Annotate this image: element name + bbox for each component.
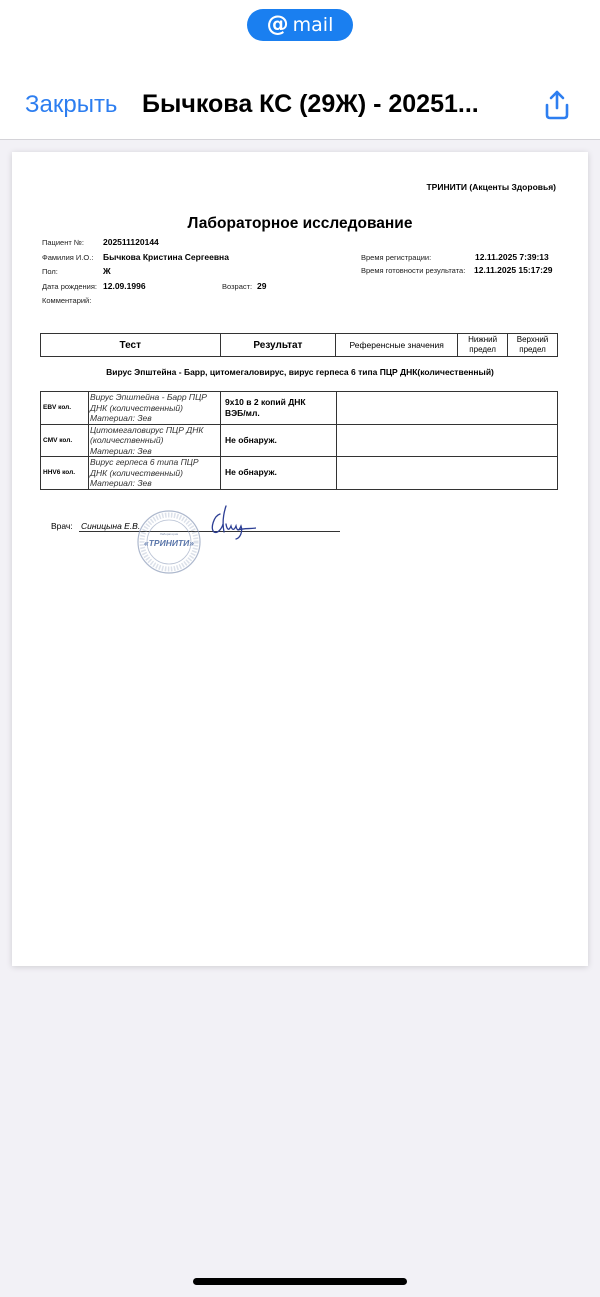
test-code: CMV кол. [41,424,89,457]
results-header-table: Тест Результат Референсные значения Нижн… [40,333,558,357]
table-row: EBV кол. Вирус Эпштейна - Барр ПЦР ДНК (… [41,392,558,425]
header-reference: Референсные значения [336,334,458,357]
registration-time-value: 12.11.2025 7:39:13 [475,252,549,262]
patient-name-label: Фамилия И.О.: [42,253,93,262]
test-result: Не обнаруж. [221,457,337,490]
test-name-line2: ДНК (количественный) [90,403,220,414]
test-name-line2: (количественный) [90,435,220,446]
patient-id-label: Пациент №: [42,238,84,247]
doctor-name: Синицына Е.В. [81,521,140,531]
patient-sex-label: Пол: [42,267,58,276]
test-name: Цитомегаловирус ПЦР ДНК (количественный)… [89,424,221,457]
pdf-page[interactable]: ТРИНИТИ (Акценты Здоровья) Лабораторное … [12,152,588,966]
test-material: Материал: Зев [90,478,220,489]
header-lower-limit: Нижний предел [458,334,508,357]
patient-name-value: Бычкова Кристина Сергеевна [103,252,229,262]
test-name-line2: ДНК (количественный) [90,468,220,479]
comment-label: Комментарий: [42,296,91,305]
test-code: EBV кол. [41,392,89,425]
home-indicator[interactable] [193,1278,407,1285]
test-reference [337,392,558,425]
registration-time-label: Время регистрации: [361,253,431,262]
report-title: Лабораторное исследование [12,215,588,233]
clinic-stamp-icon: Лаборатория «ТРИНИТИ» [136,509,202,575]
patient-id-value: 202511120144 [103,237,159,247]
document-title: Бычкова КС (29Ж) - 20251... [142,90,512,119]
dob-value: 12.09.1996 [103,281,146,291]
header-upper-line2: предел [508,345,557,355]
ready-time-value: 12.11.2025 15:17:29 [474,265,552,275]
header-result: Результат [220,334,336,357]
test-group-title: Вирус Эпштейна - Барр, цитомегаловирус, … [12,367,588,377]
header-test: Тест [41,334,221,357]
test-name: Вирус Эпштейна - Барр ПЦР ДНК (количеств… [89,392,221,425]
test-result-line1: 9x10 в 2 копий ДНК [225,397,336,408]
test-reference [337,457,558,490]
svg-text:«ТРИНИТИ»: «ТРИНИТИ» [144,538,194,548]
doctor-label: Врач: [51,521,73,531]
mail-app-badge[interactable]: @ mail [247,9,353,41]
test-result-line1: Не обнаруж. [225,435,336,446]
test-result: Не обнаруж. [221,424,337,457]
patient-sex-value: Ж [103,266,111,276]
test-name: Вирус герпеса 6 типа ПЦР ДНК (количестве… [89,457,221,490]
share-icon [540,88,574,122]
share-button[interactable] [540,88,574,122]
at-icon: @ [267,14,289,36]
test-material: Материал: Зев [90,413,220,424]
header-upper-limit: Верхний предел [508,334,558,357]
table-row: CMV кол. Цитомегаловирус ПЦР ДНК (количе… [41,424,558,457]
doctor-signature-icon [206,504,256,540]
lab-report: ТРИНИТИ (Акценты Здоровья) Лабораторное … [12,152,588,966]
lab-name: ТРИНИТИ (Акценты Здоровья) [426,182,556,192]
top-bar: @ mail Закрыть Бычкова КС (29Ж) - 20251.… [0,0,600,140]
header-upper-line1: Верхний [508,335,557,345]
test-material: Материал: Зев [90,446,220,457]
table-row: HHV6 кол. Вирус герпеса 6 типа ПЦР ДНК (… [41,457,558,490]
test-code: HHV6 кол. [41,457,89,490]
test-name-line1: Вирус Эпштейна - Барр ПЦР [90,392,220,403]
test-result: 9x10 в 2 копий ДНК ВЭБ/мл. [221,392,337,425]
test-name-line1: Цитомегаловирус ПЦР ДНК [90,425,220,436]
mail-badge-label: mail [293,14,334,36]
svg-text:Лаборатория: Лаборатория [160,532,179,536]
age-label: Возраст: [222,282,252,291]
test-result-line2: ВЭБ/мл. [225,408,336,419]
ready-time-label: Время готовности результата: [361,266,465,275]
test-reference [337,424,558,457]
dob-label: Дата рождения: [42,282,97,291]
results-table: EBV кол. Вирус Эпштейна - Барр ПЦР ДНК (… [40,391,558,490]
close-button[interactable]: Закрыть [25,91,117,119]
header-lower-line1: Нижний [458,335,507,345]
test-name-line1: Вирус герпеса 6 типа ПЦР [90,457,220,468]
age-value: 29 [257,281,266,291]
header-lower-line2: предел [458,345,507,355]
test-result-line1: Не обнаруж. [225,467,336,478]
